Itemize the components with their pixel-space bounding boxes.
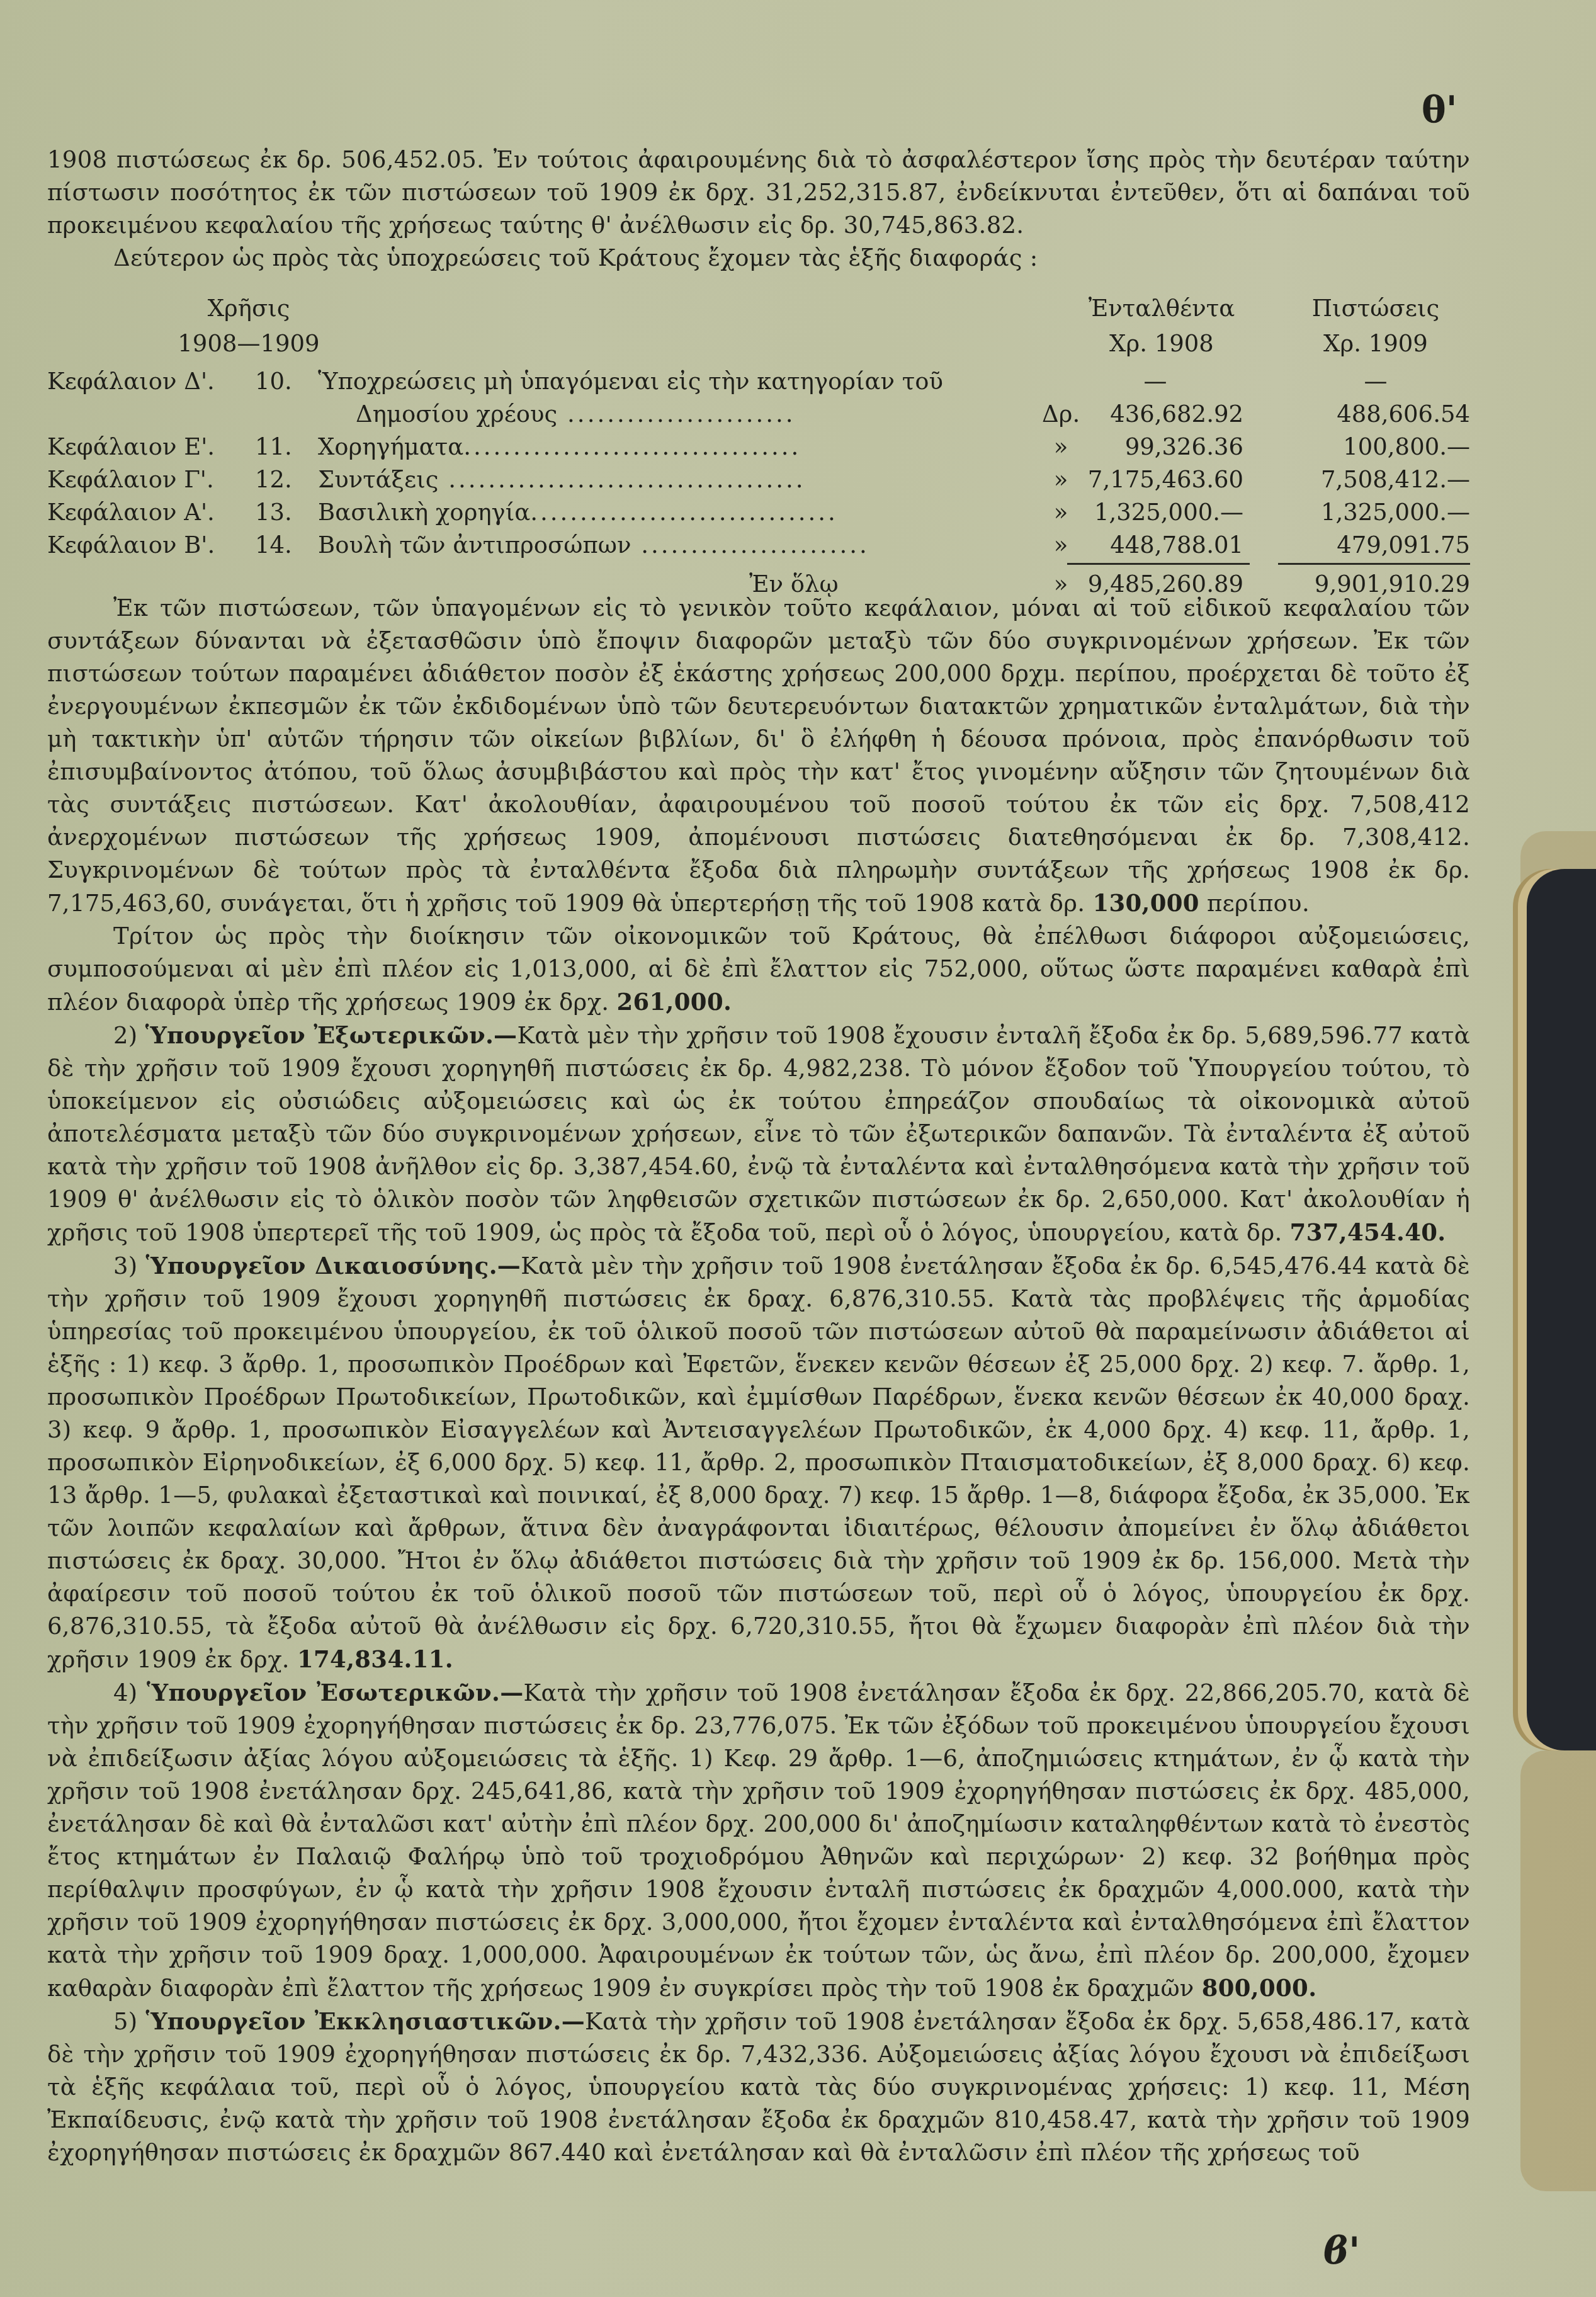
description-cell: Βουλὴ τῶν ἀντιπροσώπων — [318, 531, 631, 559]
page-number-top: θ' — [1422, 88, 1457, 131]
value-1909-cell: 1,325,000.— — [1281, 496, 1470, 529]
section-interior: 4) Ὑπουργεῖον Ἐσωτερικῶν.—Κατὰ τὴν χρῆσι… — [47, 1676, 1470, 2005]
item-number-cell: 14. — [255, 529, 292, 562]
section-foreign-affairs: 2) Ὑπουργεῖον Ἐξωτερικῶν.—Κατὰ μὲν τὴν χ… — [47, 1019, 1470, 1249]
paragraph-text: περίπου. — [1207, 890, 1310, 917]
emphasized-amount: 737,454.40. — [1290, 1218, 1446, 1246]
value-1908-cell: 436,682.92 — [1067, 398, 1243, 431]
description-cell: Δημοσίου χρέους — [356, 400, 557, 428]
value-1908-cell: 99,326.36 — [1067, 431, 1243, 463]
chapter-cell: Κεφάλαιον Δ'. — [47, 365, 215, 398]
section-title: Ὑπουργεῖον Ἐξωτερικῶν.— — [145, 1021, 518, 1049]
chapter-cell: Κεφάλαιον Β'. — [47, 529, 215, 562]
section-number: 4) — [113, 1679, 138, 1706]
emphasized-amount: 174,834.11. — [297, 1645, 453, 1673]
paragraph-text: Κατὰ μὲν τὴν χρῆσιν τοῦ 1908 ἔχουσιν ἐντ… — [47, 1022, 1470, 1246]
item-number-cell: 10. — [255, 365, 292, 398]
paragraph: 1908 πιστώσεως ἐκ δρ. 506,452.05. Ἐν τού… — [47, 144, 1470, 242]
paragraph-text: Ἐκ τῶν πιστώσεων, τῶν ὑπαγομένων εἰς τὸ … — [47, 594, 1470, 917]
sum-rule — [1278, 563, 1470, 565]
table-header-col2: Πιστώσεις Χρ. 1909 — [1281, 291, 1470, 361]
book-binding-edge — [1527, 869, 1596, 1750]
paragraph-text: Κατὰ τὴν χρῆσιν τοῦ 1908 ἐνετάλησαν ἔξοδ… — [47, 1679, 1470, 2002]
emphasized-amount: 261,000. — [616, 988, 732, 1016]
value-1908-cell: 1,325,000.— — [1067, 496, 1243, 529]
section-title: Ὑπουργεῖον Ἐκκλησιαστικῶν.— — [145, 2007, 585, 2035]
description-cell: Συντάξεις — [318, 466, 438, 493]
scanned-page: θ' 1908 πιστώσεως ἐκ δρ. 506,452.05. Ἐν … — [0, 0, 1596, 2297]
section-ecclesiastical: 5) Ὑπουργεῖον Ἐκκλησιαστικῶν.—Κατὰ τὴν χ… — [47, 2005, 1470, 2169]
paragraph-pensions: Ἐκ τῶν πιστώσεων, τῶν ὑπαγομένων εἰς τὸ … — [47, 592, 1470, 920]
chapter-cell: Κεφάλαιον Γ'. — [47, 463, 214, 496]
paper-stain — [1520, 1750, 1596, 2191]
emphasized-amount: 130,000 — [1092, 889, 1199, 917]
body-block: Ἐκ τῶν πιστώσεων, τῶν ὑπαγομένων εἰς τὸ … — [47, 592, 1470, 2169]
description-cell: Χορηγήματα — [318, 433, 463, 460]
sum-rule — [1067, 563, 1250, 565]
table-row: Κεφάλαιον Δ'. 10. Ὑποχρεώσεις μὴ ὑπαγόμε… — [47, 365, 1470, 398]
value-1909-cell: 7,508,412.— — [1281, 463, 1470, 496]
paragraph: Δεύτερον ὡς πρὸς τὰς ὑποχρεώσεις τοῦ Κρά… — [47, 242, 1470, 275]
section-number: 5) — [113, 2008, 138, 2035]
value-1909-cell: 479,091.75 — [1281, 529, 1470, 562]
description-cell: Ὑποχρεώσεις μὴ ὑπαγόμεναι εἰς τὴν κατηγο… — [318, 365, 1029, 398]
table-header-col1: Ἐνταλθέντα Χρ. 1908 — [1067, 291, 1256, 361]
value-1909-cell: — — [1281, 365, 1470, 398]
table-header-fiscal-year: Χρῆσις 1908—1909 — [173, 291, 324, 361]
table-row: Κεφάλαιον Β'. 14. Βουλὴ τῶν ἀντιπροσώπων… — [47, 529, 1470, 562]
chapter-cell: Κεφάλαιον Ε'. — [47, 431, 215, 463]
emphasized-amount: 800,000. — [1202, 1974, 1317, 2002]
section-number: 3) — [113, 1252, 138, 1279]
value-1908-cell: — — [1067, 365, 1243, 398]
paragraph-finance: Τρίτον ὡς πρὸς τὴν διοίκησιν τῶν οἰκονομ… — [47, 920, 1470, 1019]
section-number: 2) — [113, 1022, 138, 1049]
header-text: Πιστώσεις — [1281, 291, 1470, 326]
table-row: Κεφάλαιον Ε'. 11. Χορηγήματα............… — [47, 431, 1470, 463]
header-text: Χρῆσις — [173, 291, 324, 326]
section-title: Ὑπουργεῖον Δικαιοσύνης.— — [146, 1252, 521, 1279]
value-1908-cell: 448,788.01 — [1067, 529, 1243, 562]
header-text: Χρ. 1908 — [1067, 326, 1256, 361]
chapter-cell: Κεφάλαιον Α'. — [47, 496, 215, 529]
value-1908-cell: 7,175,463.60 — [1067, 463, 1243, 496]
header-text: Χρ. 1909 — [1281, 326, 1470, 361]
item-number-cell: 12. — [255, 463, 292, 496]
section-justice: 3) Ὑπουργεῖον Δικαιοσύνης.—Κατὰ μὲν τὴν … — [47, 1249, 1470, 1676]
description-cell: Βασιλικὴ χορηγία — [318, 499, 530, 526]
paragraph-text: Τρίτον ὡς πρὸς τὴν διοίκησιν τῶν οἰκονομ… — [47, 922, 1470, 1016]
table-row: Κεφάλαιον Α'. 13. Βασιλικὴ χορηγία......… — [47, 496, 1470, 529]
table-row: Κεφάλαιον Γ'. 12. Συντάξεις ............… — [47, 463, 1470, 496]
intro-block: 1908 πιστώσεως ἐκ δρ. 506,452.05. Ἐν τού… — [47, 144, 1470, 275]
paragraph-text: Κατὰ μὲν τὴν χρῆσιν τοῦ 1908 ἐνετάλησαν … — [47, 1252, 1470, 1673]
table-row: Δημοσίου χρέους ....................... … — [47, 398, 1470, 431]
value-1909-cell: 100,800.— — [1281, 431, 1470, 463]
section-title: Ὑπουργεῖον Ἐσωτερικῶν.— — [147, 1679, 523, 1706]
header-text: 1908—1909 — [173, 326, 324, 361]
item-number-cell: 11. — [255, 431, 292, 463]
header-text: Ἐνταλθέντα — [1067, 291, 1256, 326]
page-number-bottom: ϐ' — [1323, 2229, 1360, 2273]
item-number-cell: 13. — [255, 496, 292, 529]
value-1909-cell: 488,606.54 — [1281, 398, 1470, 431]
